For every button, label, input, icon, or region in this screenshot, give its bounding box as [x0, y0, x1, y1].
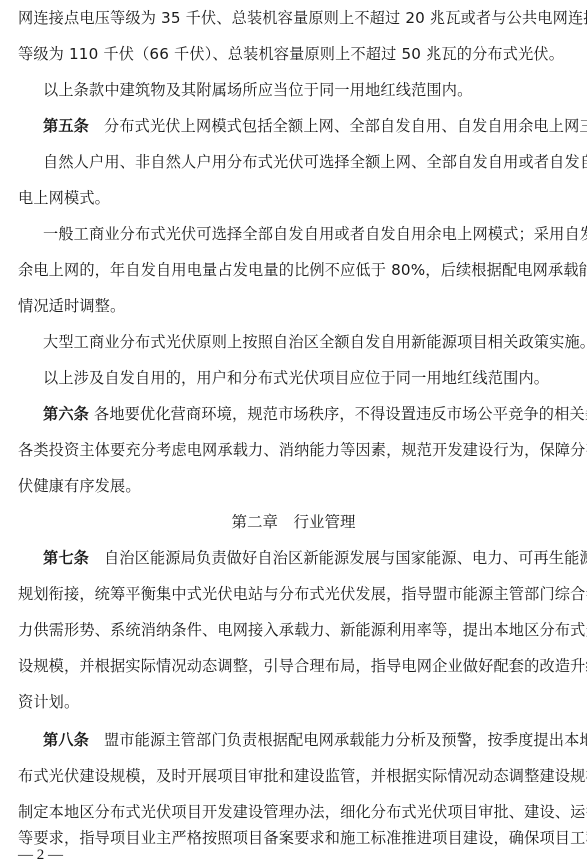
- document-page: 网连接点电压等级为 35 千伏、总装机容量原则上不超过 20 兆瓦或者与公共电网…: [0, 0, 587, 864]
- paragraph-line: 一般工商业分布式光伏可选择全部自发自用或者自发自用余电上网模式；采用自发自用: [43, 224, 570, 244]
- paragraph-line: 情况适时调整。: [18, 296, 570, 316]
- paragraph-line: 等级为 110 千伏（66 千伏）、总装机容量原则上不超过 50 兆瓦的分布式光…: [18, 44, 570, 64]
- paragraph-line: 设规模，并根据实际情况动态调整，引导合理布局，指导电网企业做好配套的改造升级与投: [18, 656, 570, 676]
- paragraph-line: 制定本地区分布式光伏项目开发建设管理办法，细化分布式光伏项目审批、建设、运行监管: [18, 802, 570, 822]
- paragraph-self-use-scope: 以上涉及自发自用的，用户和分布式光伏项目应位于同一用地红线范围内。: [43, 368, 570, 388]
- article-6: 第六条 各地要优化营商环境，规范市场秩序，不得设置违反市场公平竞争的相关条件。: [43, 404, 570, 424]
- page-number: — 2 —: [18, 846, 63, 864]
- article-text: 各地要优化营商环境，规范市场秩序，不得设置违反市场公平竞争的相关条件。: [94, 405, 587, 423]
- paragraph-line: 伏健康有序发展。: [18, 476, 570, 496]
- article-8: 第八条 盟市能源主管部门负责根据配电网承载能力分析及预警，按季度提出本地区分: [43, 730, 570, 750]
- paragraph-line: 电上网模式。: [18, 188, 570, 208]
- article-label: 第五条: [43, 117, 89, 135]
- paragraph-line: 规划衔接，统筹平衡集中式光伏电站与分布式光伏发展，指导盟市能源主管部门综合考虑电: [18, 584, 570, 604]
- paragraph-large-commercial: 大型工商业分布式光伏原则上按照自治区全额自发自用新能源项目相关政策实施。: [43, 332, 570, 352]
- article-text: 盟市能源主管部门负责根据配电网承载能力分析及预警，按季度提出本地区分: [104, 731, 587, 749]
- article-7: 第七条 自治区能源局负责做好自治区新能源发展与国家能源、电力、可再生能源发展: [43, 548, 570, 568]
- paragraph-line: 网连接点电压等级为 35 千伏、总装机容量原则上不超过 20 兆瓦或者与公共电网…: [18, 8, 570, 28]
- paragraph-line: 布式光伏建设规模，及时开展项目审批和建设监管，并根据实际情况动态调整建设规模。应: [18, 766, 570, 786]
- paragraph-line: 力供需形势、系统消纳条件、电网接入承载力、新能源利用率等，提出本地区分布式光伏建: [18, 620, 570, 640]
- article-5: 第五条 分布式光伏上网模式包括全额上网、全部自发自用、自发自用余电上网三种。: [43, 116, 570, 136]
- article-label: 第六条: [43, 405, 89, 423]
- paragraph-line: 自然人户用、非自然人户用分布式光伏可选择全额上网、全部自发自用或者自发自用余: [43, 152, 570, 172]
- paragraph-building-scope: 以上条款中建筑物及其附属场所应当位于同一用地红线范围内。: [43, 80, 570, 100]
- article-label: 第八条: [43, 731, 89, 749]
- article-label: 第七条: [43, 549, 89, 567]
- chapter-heading: 第二章 行业管理: [0, 512, 587, 532]
- paragraph-line: 余电上网的，年自发自用电量占发电量的比例不应低于 80%，后续根据配电网承载能力…: [18, 260, 570, 280]
- article-text: 分布式光伏上网模式包括全额上网、全部自发自用、自发自用余电上网三种。: [104, 117, 587, 135]
- article-text: 自治区能源局负责做好自治区新能源发展与国家能源、电力、可再生能源发展: [104, 549, 587, 567]
- paragraph-line: 资计划。: [18, 692, 570, 712]
- paragraph-line: 等要求，指导项目业主严格按照项目备案要求和施工标准推进项目建设，确保项目工程质量: [18, 828, 570, 848]
- paragraph-line: 各类投资主体要充分考虑电网承载力、消纳能力等因素，规范开发建设行为，保障分布式光: [18, 440, 570, 460]
